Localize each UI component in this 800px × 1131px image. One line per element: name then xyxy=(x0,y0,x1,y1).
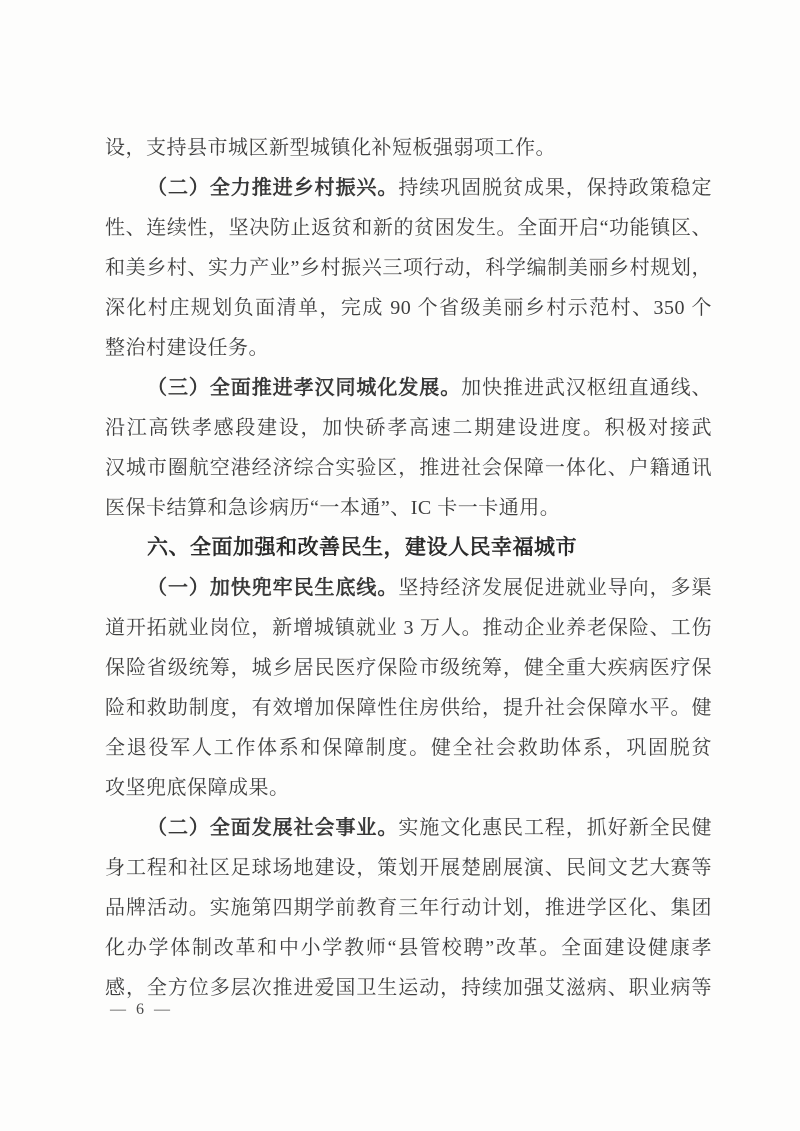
text-line: （三）全面推进孝汉同城化发展。加快推进武汉枢纽直通线、 xyxy=(105,368,712,408)
text-line: 保险省级统筹，城乡居民医疗保险市级统筹，健全重大疾病医疗保 xyxy=(105,648,712,688)
text-line: 攻坚兜底保障成果。 xyxy=(105,768,712,808)
section-heading: 六、全面加强和改善民生，建设人民幸福城市 xyxy=(105,528,712,568)
paragraph-lead-in: （一）加快兜牢民生底线。 xyxy=(147,577,398,599)
paragraph-lead-in: （二）全力推进乡村振兴。 xyxy=(147,177,398,199)
text-line: 设，支持县市城区新型城镇化补短板强弱项工作。 xyxy=(105,128,712,168)
text-line: 医保卡结算和急诊病历“一本通”、IC 卡一卡通用。 xyxy=(105,488,712,528)
text-line: 整治村建设任务。 xyxy=(105,328,712,368)
document-body: 设，支持县市城区新型城镇化补短板强弱项工作。（二）全力推进乡村振兴。持续巩固脱贫… xyxy=(105,128,712,1008)
text-line: 险和救助制度，有效增加保障性住房供给，提升社会保障水平。健 xyxy=(105,688,712,728)
document-page: 设，支持县市城区新型城镇化补短板强弱项工作。（二）全力推进乡村振兴。持续巩固脱贫… xyxy=(0,0,800,1131)
paragraph-lead-in: （二）全面发展社会事业。 xyxy=(147,817,398,839)
text-line: 沿江高铁孝感段建设，加快硚孝高速二期建设进度。积极对接武 xyxy=(105,408,712,448)
text-line: 品牌活动。实施第四期学前教育三年行动计划，推进学区化、集团 xyxy=(105,888,712,928)
paragraph-lead-in: （三）全面推进孝汉同城化发展。 xyxy=(147,377,461,399)
text-line: 道开拓就业岗位，新增城镇就业 3 万人。推动企业养老保险、工伤 xyxy=(105,608,712,648)
text-line: 感，全方位多层次推进爱国卫生运动，持续加强艾滋病、职业病等 xyxy=(105,968,712,1008)
page-number: — 6 — xyxy=(110,996,173,1024)
text-line: 和美乡村、实力产业”乡村振兴三项行动，科学编制美丽乡村规划， xyxy=(105,248,712,288)
text-line: 性、连续性，坚决防止返贫和新的贫困发生。全面开启“功能镇区、 xyxy=(105,208,712,248)
text-line: 深化村庄规划负面清单，完成 90 个省级美丽乡村示范村、350 个 xyxy=(105,288,712,328)
text-line: （二）全面发展社会事业。实施文化惠民工程，抓好新全民健 xyxy=(105,808,712,848)
text-line: （二）全力推进乡村振兴。持续巩固脱贫成果，保持政策稳定 xyxy=(105,168,712,208)
text-line: 汉城市圈航空港经济综合实验区，推进社会保障一体化、户籍通讯 xyxy=(105,448,712,488)
text-line: 化办学体制改革和中小学教师“县管校聘”改革。全面建设健康孝 xyxy=(105,928,712,968)
text-line: 身工程和社区足球场地建设，策划开展楚剧展演、民间文艺大赛等 xyxy=(105,848,712,888)
text-line: （一）加快兜牢民生底线。坚持经济发展促进就业导向，多渠 xyxy=(105,568,712,608)
text-line: 全退役军人工作体系和保障制度。健全社会救助体系，巩固脱贫 xyxy=(105,728,712,768)
